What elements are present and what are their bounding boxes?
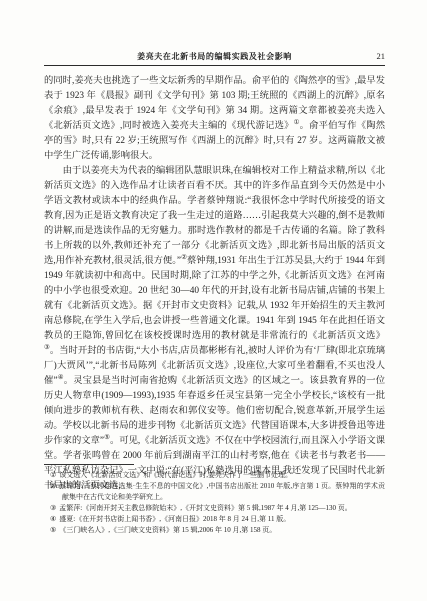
page-number: 21 xyxy=(377,51,386,61)
page-header: 姜亮夫在北新书局的编辑实践及社会影响 21 xyxy=(44,51,385,66)
footnote-ref: ⑤ xyxy=(104,434,110,441)
footnote-marker: ② xyxy=(50,482,56,490)
footnote-item: ①该文选入《北新活页文选》和《现代游记选》时,姜亮夫作了一些删节处理。 xyxy=(50,470,385,481)
footnote-marker: ④ xyxy=(50,515,56,523)
footnote-item: ⑤《三门峡名人》,《三门峡文史资料》第 15 辑,2006 年 10 月,第 1… xyxy=(50,525,385,536)
body-text: 的同时,姜亮夫也挑选了一些文坛新秀的早期作品。俞平伯的《陶然亭的雪》,最早发表于… xyxy=(44,74,385,494)
footnote-marker: ⑤ xyxy=(50,526,56,534)
paragraph: 的同时,姜亮夫也挑选了一些文坛新秀的早期作品。俞平伯的《陶然亭的雪》,最早发表于… xyxy=(44,74,385,164)
footnote-marker: ① xyxy=(50,471,56,479)
footnote-list: ①该文选入《北新活页文选》和《现代游记选》时,姜亮夫作了一些删节处理。②蔡钟翔:… xyxy=(44,470,385,536)
footnote-ref: ① xyxy=(294,119,300,126)
running-head-title: 姜亮夫在北新书局的编辑实践及社会影响 xyxy=(44,51,385,62)
footnote-item: ②蔡钟翔:《蔡钟翔自选集·生生不息的中国文化》,中国书店出版社 2010 年版,… xyxy=(50,481,385,503)
footnote-item: ④盛夏:《在开封书店街上闻书香》,《河南日报》2018 年 8 月 24 日,第… xyxy=(50,514,385,525)
footnote-item: ③孟繁萍:《河南开封天主教总修院始末》,《开封文史资料》第 5 辑,1987 年… xyxy=(50,503,385,514)
footnote-divider xyxy=(44,464,134,465)
footnote-ref: ② xyxy=(181,254,187,261)
footnote-ref: ③ xyxy=(44,344,50,351)
footnote-area: ①该文选入《北新活页文选》和《现代游记选》时,姜亮夫作了一些删节处理。②蔡钟翔:… xyxy=(44,464,385,536)
document-page: 姜亮夫在北新书局的编辑实践及社会影响 21 的同时,姜亮夫也挑选了一些文坛新秀的… xyxy=(0,0,427,601)
paragraph: 由于以姜亮夫为代表的编辑团队慧眼识珠,在编辑校对工作上精益求精,所以《北新活页文… xyxy=(44,164,385,494)
header-rule xyxy=(44,65,385,66)
footnote-marker: ③ xyxy=(50,504,56,512)
footnote-ref: ④ xyxy=(58,374,64,381)
